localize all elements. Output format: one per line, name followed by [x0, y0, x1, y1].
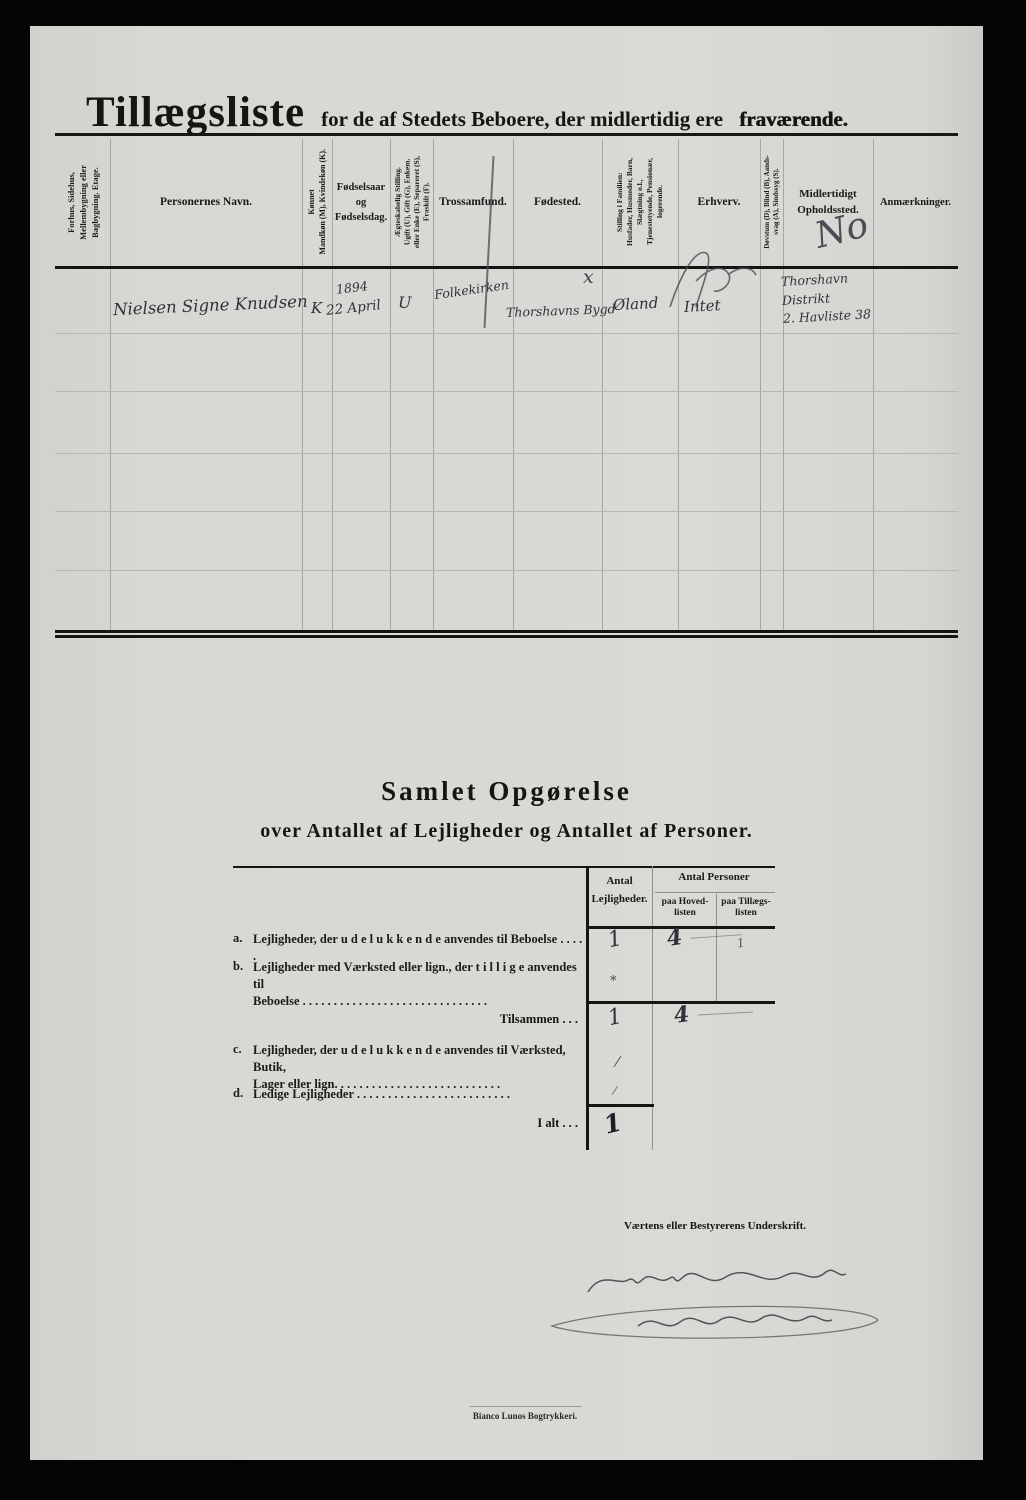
value-d-dwellings: /: [612, 1084, 617, 1097]
supplement-list-table: Forhus, Sidehus, Mellembygning eller Bag…: [55, 133, 958, 639]
summary-total-rule: [586, 1104, 654, 1107]
entry-birthplace: Thorshavns Bygd: [506, 301, 616, 320]
header-remarks: Anmærkninger.: [873, 140, 958, 264]
value-a-suppl-list: 1: [736, 935, 746, 950]
header-name: Personernes Navn.: [110, 140, 302, 264]
summary-subtitle: over Antallet af Lejligheder og Antallet…: [30, 820, 983, 843]
value-a-dwellings: 1: [606, 926, 625, 953]
value-tilsammen-dwellings: 1: [606, 1004, 625, 1031]
summary-row-tilsammen: Tilsammen . . .: [233, 1012, 578, 1027]
signature-scrawl-2: [638, 1315, 832, 1326]
paper-sheet: Tillægsliste for de af Stedets Beboere, …: [30, 26, 983, 1460]
summary-row-b: b. Lejligheder med Værksted eller lign.,…: [233, 959, 585, 1010]
summary-col-dwellings: Antal Lejligheder.: [587, 872, 652, 908]
value-c-dwellings: /: [614, 1054, 620, 1070]
signature-scrawl-1: [588, 1270, 846, 1292]
flourish-line: [698, 1012, 753, 1016]
signature-scrawls: [510, 1244, 910, 1354]
row-line: [55, 570, 958, 571]
table-bottom-rule: [55, 635, 958, 638]
page-title: Tillægsliste for de af Stedets Beboere, …: [86, 88, 966, 137]
summary-col-main-list: paa Hoved- listen: [654, 897, 716, 919]
entry-faith: Folkekirken: [433, 277, 509, 302]
entry-birthplace-mark: x: [583, 266, 594, 288]
summary-top-rule: [233, 866, 775, 868]
row-line: [55, 453, 958, 454]
entry-marital: U: [398, 293, 411, 312]
value-ialt-dwellings: 1: [601, 1107, 625, 1139]
scanned-census-page: Tillægsliste for de af Stedets Beboere, …: [0, 0, 1026, 1500]
signature-caption: Værtens eller Bestyrerens Underskrift.: [590, 1220, 840, 1232]
row-key: b.: [233, 959, 253, 1010]
header-sex: Kønnet Mandkøn (M), Kvindekøn (K).: [302, 140, 332, 264]
title-suffix: for de af Stedets Beboere, der midlertid…: [321, 107, 723, 132]
row-line: [55, 333, 958, 334]
summary-col-persons: Antal Personer: [654, 871, 774, 883]
title-main: Tillægsliste: [86, 88, 305, 137]
summary-col-suppl-list: paa Tillægs- listen: [718, 897, 774, 919]
header-faith: Trossamfund.: [433, 140, 513, 264]
entry-sex: K: [311, 299, 322, 317]
header-rule: [55, 266, 958, 269]
summary-row-d: d. Ledige Lejligheder . . . . . . . . . …: [233, 1086, 585, 1103]
header-building: Forhus, Sidehus, Mellembygning eller Bag…: [55, 140, 110, 264]
value-tilsammen-main-list: 4: [672, 1001, 691, 1029]
row-label-2: Beboelse . . . . . . . . . . . . . . . .…: [253, 994, 487, 1008]
header-birthplace: Fødested.: [513, 140, 602, 264]
table-bottom-rule: [55, 630, 958, 633]
footer-rule: [470, 1406, 582, 1407]
summary-row-ialt: I alt . . .: [233, 1116, 578, 1131]
persons-underline: [655, 892, 775, 893]
row-label: Lejligheder, der u d e l u k k e n d e a…: [253, 1043, 566, 1074]
printer-imprint: Bianco Lunos Bogtrykkeri.: [425, 1411, 625, 1421]
value-b-dwellings: *: [610, 974, 617, 989]
entry-residence: Thorshavn Distrikt 2. Havliste 38: [781, 267, 894, 328]
header-birth: Fødselsaar og Fødselsdag.: [332, 140, 390, 264]
row-line: [55, 391, 958, 392]
row-label: Ledige Lejligheder . . . . . . . . . . .…: [253, 1086, 510, 1103]
row-label: Lejligheder med Værksted eller lign., de…: [253, 960, 577, 991]
row-key: d.: [233, 1086, 253, 1103]
header-marital: Ægteskabelig Stilling. Ugift (U), Gift (…: [390, 140, 433, 264]
occupation-header-scribble: [652, 241, 772, 321]
summary-left-rule: [586, 866, 589, 1150]
title-suffix-emphasis: fraværende.: [739, 107, 848, 132]
summary-col-divider: [652, 866, 653, 1150]
summary-title: Samlet Opgørelse: [30, 776, 983, 807]
row-line: [55, 511, 958, 512]
entry-birth-year: 1894: [335, 278, 368, 297]
summary-subcol-divider: [716, 894, 717, 1002]
